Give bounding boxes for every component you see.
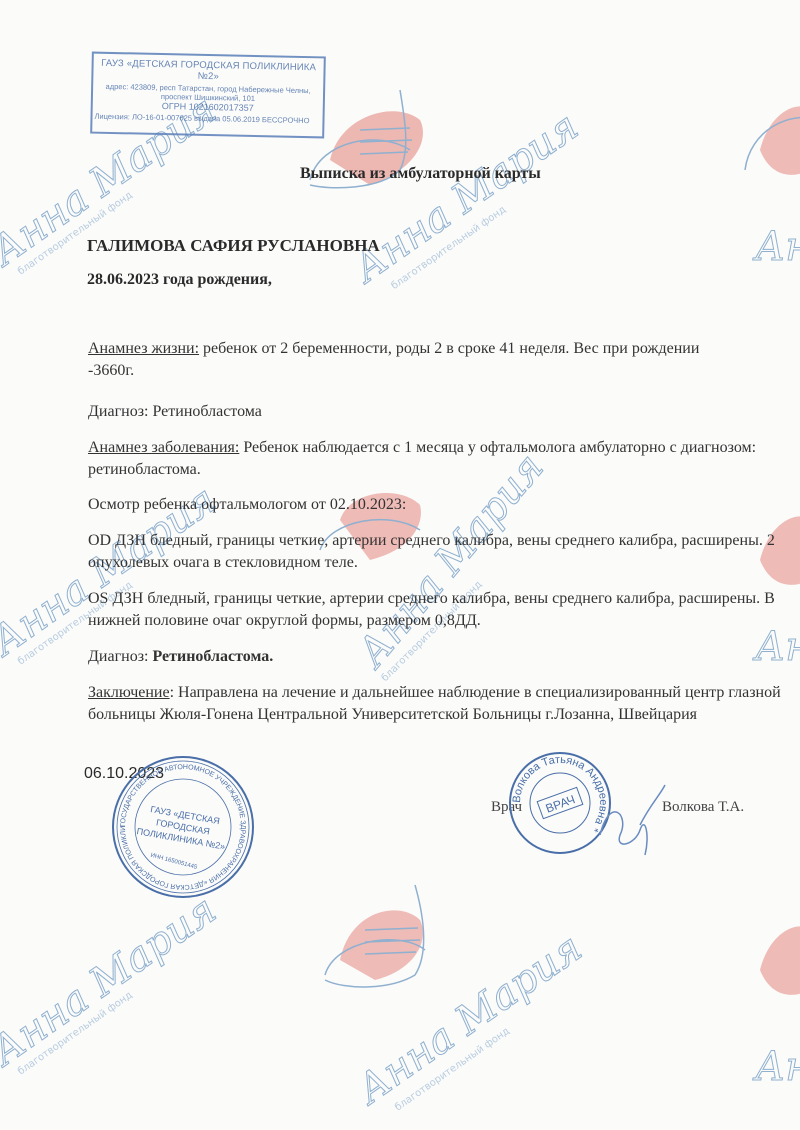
signature-date: 06.10.2023 (84, 765, 164, 783)
svg-text:ИНН 1650051445: ИНН 1650051445 (150, 853, 199, 871)
svg-text:Анна Мария: Анна Мария (752, 1044, 800, 1090)
svg-text:Анна Мария: Анна Мария (343, 103, 587, 293)
os-findings: OS ДЗН бледный, границы четкие, артерии … (88, 588, 800, 632)
disease-history-label: Анамнез заболевания: (88, 439, 239, 456)
life-history-label: Анамнез жизни: (88, 340, 199, 357)
exam-line: Осмотр ребенка офтальмологом от 02.10.20… (88, 494, 800, 516)
diagnosis-preliminary: Диагноз: Ретинобластома (88, 401, 800, 423)
svg-text:Анна Мария: Анна Мария (752, 224, 800, 270)
diagnosis-value: Ретинобластома. (152, 648, 273, 665)
conclusion: Заключение: Направлена на лечение и даль… (88, 682, 800, 726)
svg-text:ГАУЗ «ДЕТСКАЯ: ГАУЗ «ДЕТСКАЯ (150, 804, 221, 826)
patient-name: ГАЛИМОВА САФИЯ РУСЛАНОВНА (87, 236, 380, 256)
conclusion-text: : Направлена на лечение и дальнейшее наб… (88, 684, 781, 723)
svg-text:Анна Мария: Анна Мария (347, 925, 591, 1115)
document-page: Анна Мария благотворительный фонд Анна М… (0, 0, 800, 1130)
doctor-name: Волкова Т.А. (662, 799, 744, 816)
birth-date: 28.06.2023 года рождения, (87, 271, 272, 289)
diagnosis-label: Диагноз: (88, 403, 152, 420)
watermark-logo-icon: Анна Мария (740, 890, 800, 1115)
svg-text:благотворительный фонд: благотворительный фонд (393, 1026, 512, 1114)
svg-text:благотворительный фонд: благотворительный фонд (16, 990, 135, 1078)
watermark-logo-icon: Анна Мария благотворительный фонд (0, 880, 180, 1105)
diagnosis-value: Ретинобластома (152, 403, 261, 420)
stamp-line: ГАУЗ «ДЕТСКАЯ ГОРОДСКАЯ ПОЛИКЛИНИКА №2» (93, 58, 323, 85)
svg-text:Волкова Татьяна Андреевна *: Волкова Татьяна Андреевна * (511, 754, 609, 835)
conclusion-label: Заключение (88, 684, 170, 701)
diagnosis-final: Диагноз: Ретинобластома. (88, 646, 800, 668)
watermark-logo-icon: Анна Мария (740, 70, 800, 275)
svg-text:ПОЛИКЛИНИКА №2»: ПОЛИКЛИНИКА №2» (136, 826, 226, 851)
svg-text:ГОРОДСКАЯ: ГОРОДСКАЯ (155, 817, 210, 836)
doctor-label: Врач (491, 799, 522, 816)
diagnosis-label: Диагноз: (88, 648, 152, 665)
document-title: Выписка из амбулаторной карты (300, 165, 541, 183)
watermark-logo-icon: Анна Мария благотворительный фонд (320, 880, 540, 1105)
clinic-header-stamp: ГАУЗ «ДЕТСКАЯ ГОРОДСКАЯ ПОЛИКЛИНИКА №2» … (90, 52, 326, 139)
svg-text:ВРАЧ: ВРАЧ (544, 792, 577, 816)
life-history: Анамнез жизни: ребенок от 2 беременности… (88, 338, 738, 382)
svg-text:благотворительный фонд: благотворительный фонд (16, 190, 135, 278)
svg-text:Анна Мария: Анна Мария (0, 887, 225, 1077)
disease-history: Анамнез заболевания: Ребенок наблюдается… (88, 437, 800, 481)
svg-text:благотворительный фонд: благотворительный фонд (389, 204, 508, 292)
signature-scribble (590, 775, 670, 870)
od-findings: OD ДЗН бледный, границы четкие, артерии … (88, 530, 800, 574)
